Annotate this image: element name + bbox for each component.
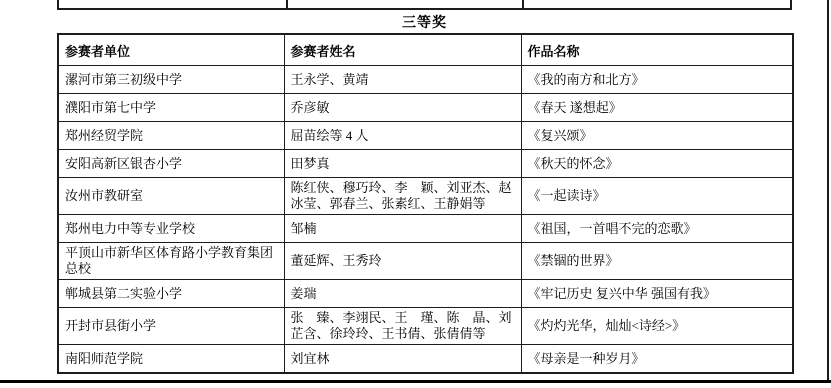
column-divider-tick	[522, 0, 524, 8]
section-title: 三等奖	[57, 12, 792, 32]
awards-table-body: 漯河市第三初级中学王永学、黄靖《我的南方和北方》濮阳市第七中学乔彦敏《春天 遂想…	[58, 66, 793, 374]
unit-cell: 漯河市第三初级中学	[58, 66, 284, 94]
work-cell: 《祖国，一首唱不完的恋歌》	[521, 215, 793, 243]
table-row: 郑州电力中等专业学校邹楠《祖国，一首唱不完的恋歌》	[58, 215, 793, 243]
col-header-work: 作品名称	[521, 34, 793, 66]
names-cell: 邹楠	[284, 215, 521, 243]
names-cell: 董延辉、王秀玲	[284, 243, 521, 280]
work-cell: 《我的南方和北方》	[521, 66, 793, 94]
names-cell: 屈苗绘等 4 人	[284, 122, 521, 150]
table-row: 南阳师范学院刘宜林《母亲是一种岁月》	[58, 345, 793, 374]
names-cell: 姜瑞	[284, 280, 521, 308]
work-cell: 《灼灼光华，灿灿<诗经>》	[521, 308, 793, 345]
names-cell: 王永学、黄靖	[284, 66, 521, 94]
col-header-names: 参赛者姓名	[284, 34, 521, 66]
column-divider-tick	[57, 0, 59, 8]
previous-table-partial-row	[57, 0, 792, 10]
table-row: 濮阳市第七中学乔彦敏《春天 遂想起》	[58, 94, 793, 122]
unit-cell: 郑州经贸学院	[58, 122, 284, 150]
names-cell: 陈红侠、穆巧玲、李 颖、刘亚杰、赵冰莹、郭春兰、张素红、王静娟等	[284, 178, 521, 215]
names-cell: 张 臻、李翊民、王 瑾、陈 晶、刘芷含、徐玲玲、王书倩、张倩倩等	[284, 308, 521, 345]
work-cell: 《复兴颂》	[521, 122, 793, 150]
names-cell: 刘宜林	[284, 345, 521, 374]
awards-table-header: 参赛者单位 参赛者姓名 作品名称	[58, 34, 793, 66]
table-row: 郑州经贸学院屈苗绘等 4 人《复兴颂》	[58, 122, 793, 150]
column-divider-tick	[286, 0, 288, 8]
awards-table: 参赛者单位 参赛者姓名 作品名称 漯河市第三初级中学王永学、黄靖《我的南方和北方…	[57, 33, 794, 374]
unit-cell: 南阳师范学院	[58, 345, 284, 374]
table-row: 漯河市第三初级中学王永学、黄靖《我的南方和北方》	[58, 66, 793, 94]
unit-cell: 濮阳市第七中学	[58, 94, 284, 122]
names-cell: 乔彦敏	[284, 94, 521, 122]
unit-cell: 平顶山市新华区体育路小学教育集团总校	[58, 243, 284, 280]
header-row: 参赛者单位 参赛者姓名 作品名称	[58, 34, 793, 66]
work-cell: 《一起读诗》	[521, 178, 793, 215]
column-divider-tick	[790, 0, 792, 8]
work-cell: 《春天 遂想起》	[521, 94, 793, 122]
table-row: 平顶山市新华区体育路小学教育集团总校董延辉、王秀玲《禁锢的世界》	[58, 243, 793, 280]
work-cell: 《禁锢的世界》	[521, 243, 793, 280]
names-cell: 田梦真	[284, 150, 521, 178]
table-row: 开封市县街小学张 臻、李翊民、王 瑾、陈 晶、刘芷含、徐玲玲、王书倩、张倩倩等《…	[58, 308, 793, 345]
unit-cell: 安阳高新区银杏小学	[58, 150, 284, 178]
table-row: 安阳高新区银杏小学田梦真《秋天的怀念》	[58, 150, 793, 178]
page-bottom-border	[0, 380, 831, 383]
unit-cell: 郑州电力中等专业学校	[58, 215, 284, 243]
table-row: 郸城县第二实验小学姜瑞《牢记历史 复兴中华 强国有我》	[58, 280, 793, 308]
unit-cell: 开封市县街小学	[58, 308, 284, 345]
col-header-unit: 参赛者单位	[58, 34, 284, 66]
work-cell: 《秋天的怀念》	[521, 150, 793, 178]
unit-cell: 郸城县第二实验小学	[58, 280, 284, 308]
unit-cell: 汝州市教研室	[58, 178, 284, 215]
work-cell: 《母亲是一种岁月》	[521, 345, 793, 374]
table-row: 汝州市教研室陈红侠、穆巧玲、李 颖、刘亚杰、赵冰莹、郭春兰、张素红、王静娟等《一…	[58, 178, 793, 215]
page-right-border	[827, 0, 829, 381]
work-cell: 《牢记历史 复兴中华 强国有我》	[521, 280, 793, 308]
